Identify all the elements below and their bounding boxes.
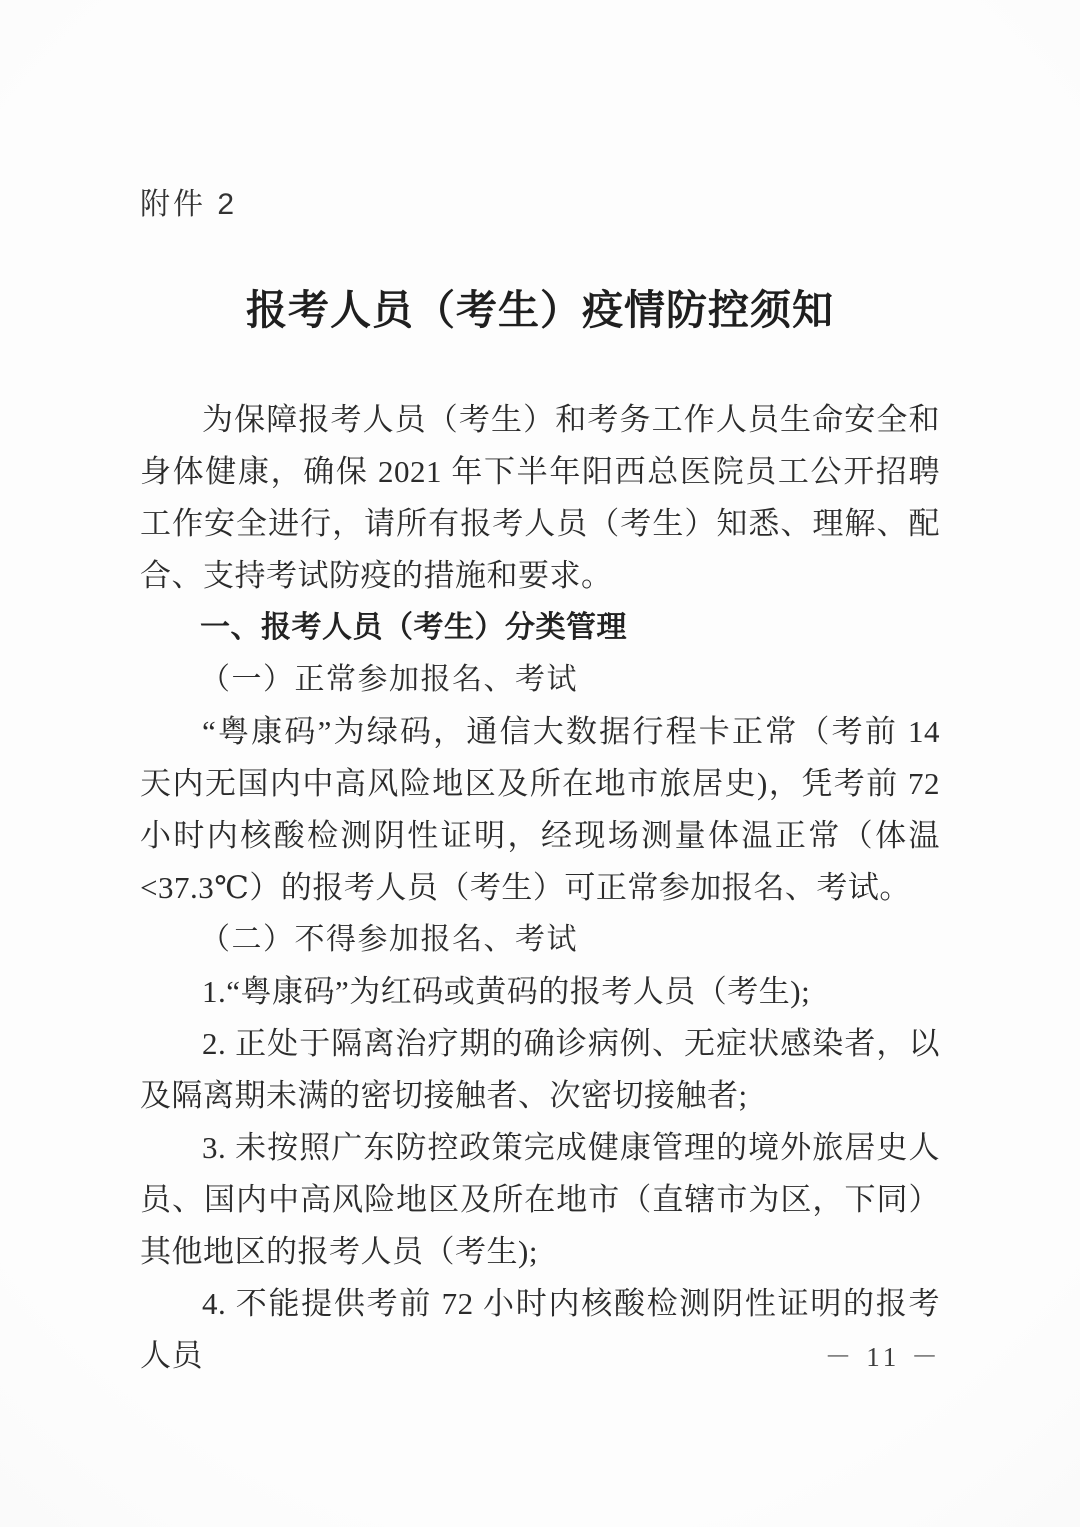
document-page: 附件 2 报考人员（考生）疫情防控须知 为保障报考人员（考生）和考务工作人员生命… — [0, 0, 1080, 1527]
section-1-heading: 一、报考人员（考生）分类管理 — [140, 602, 940, 654]
list-item-2: 2. 正处于隔离治疗期的确诊病例、无症状感染者，以及隔离期未满的密切接触者、次密… — [140, 1018, 940, 1122]
subsection-1-heading: （一）正常参加报名、考试 — [140, 654, 940, 706]
list-item-1: 1.“粤康码”为红码或黄码的报考人员（考生); — [140, 966, 940, 1018]
page-number: － 11 － — [825, 1342, 943, 1372]
attachment-label: 附件 2 — [140, 188, 940, 222]
subsection-1-paragraph: “粤康码”为绿码，通信大数据行程卡正常（考前 14 天内无国内中高风险地区及所在… — [140, 706, 940, 914]
subsection-2-heading: （二）不得参加报名、考试 — [140, 914, 940, 966]
page-title: 报考人员（考生）疫情防控须知 — [140, 285, 940, 335]
intro-paragraph: 为保障报考人员（考生）和考务工作人员生命安全和身体健康，确保 2021 年下半年… — [140, 394, 940, 602]
list-item-3: 3. 未按照广东防控政策完成健康管理的境外旅居史人员、国内中高风险地区及所在地市… — [140, 1122, 940, 1278]
list-item-4: 4. 不能提供考前 72 小时内核酸检测阴性证明的报考人员 — [140, 1278, 940, 1382]
